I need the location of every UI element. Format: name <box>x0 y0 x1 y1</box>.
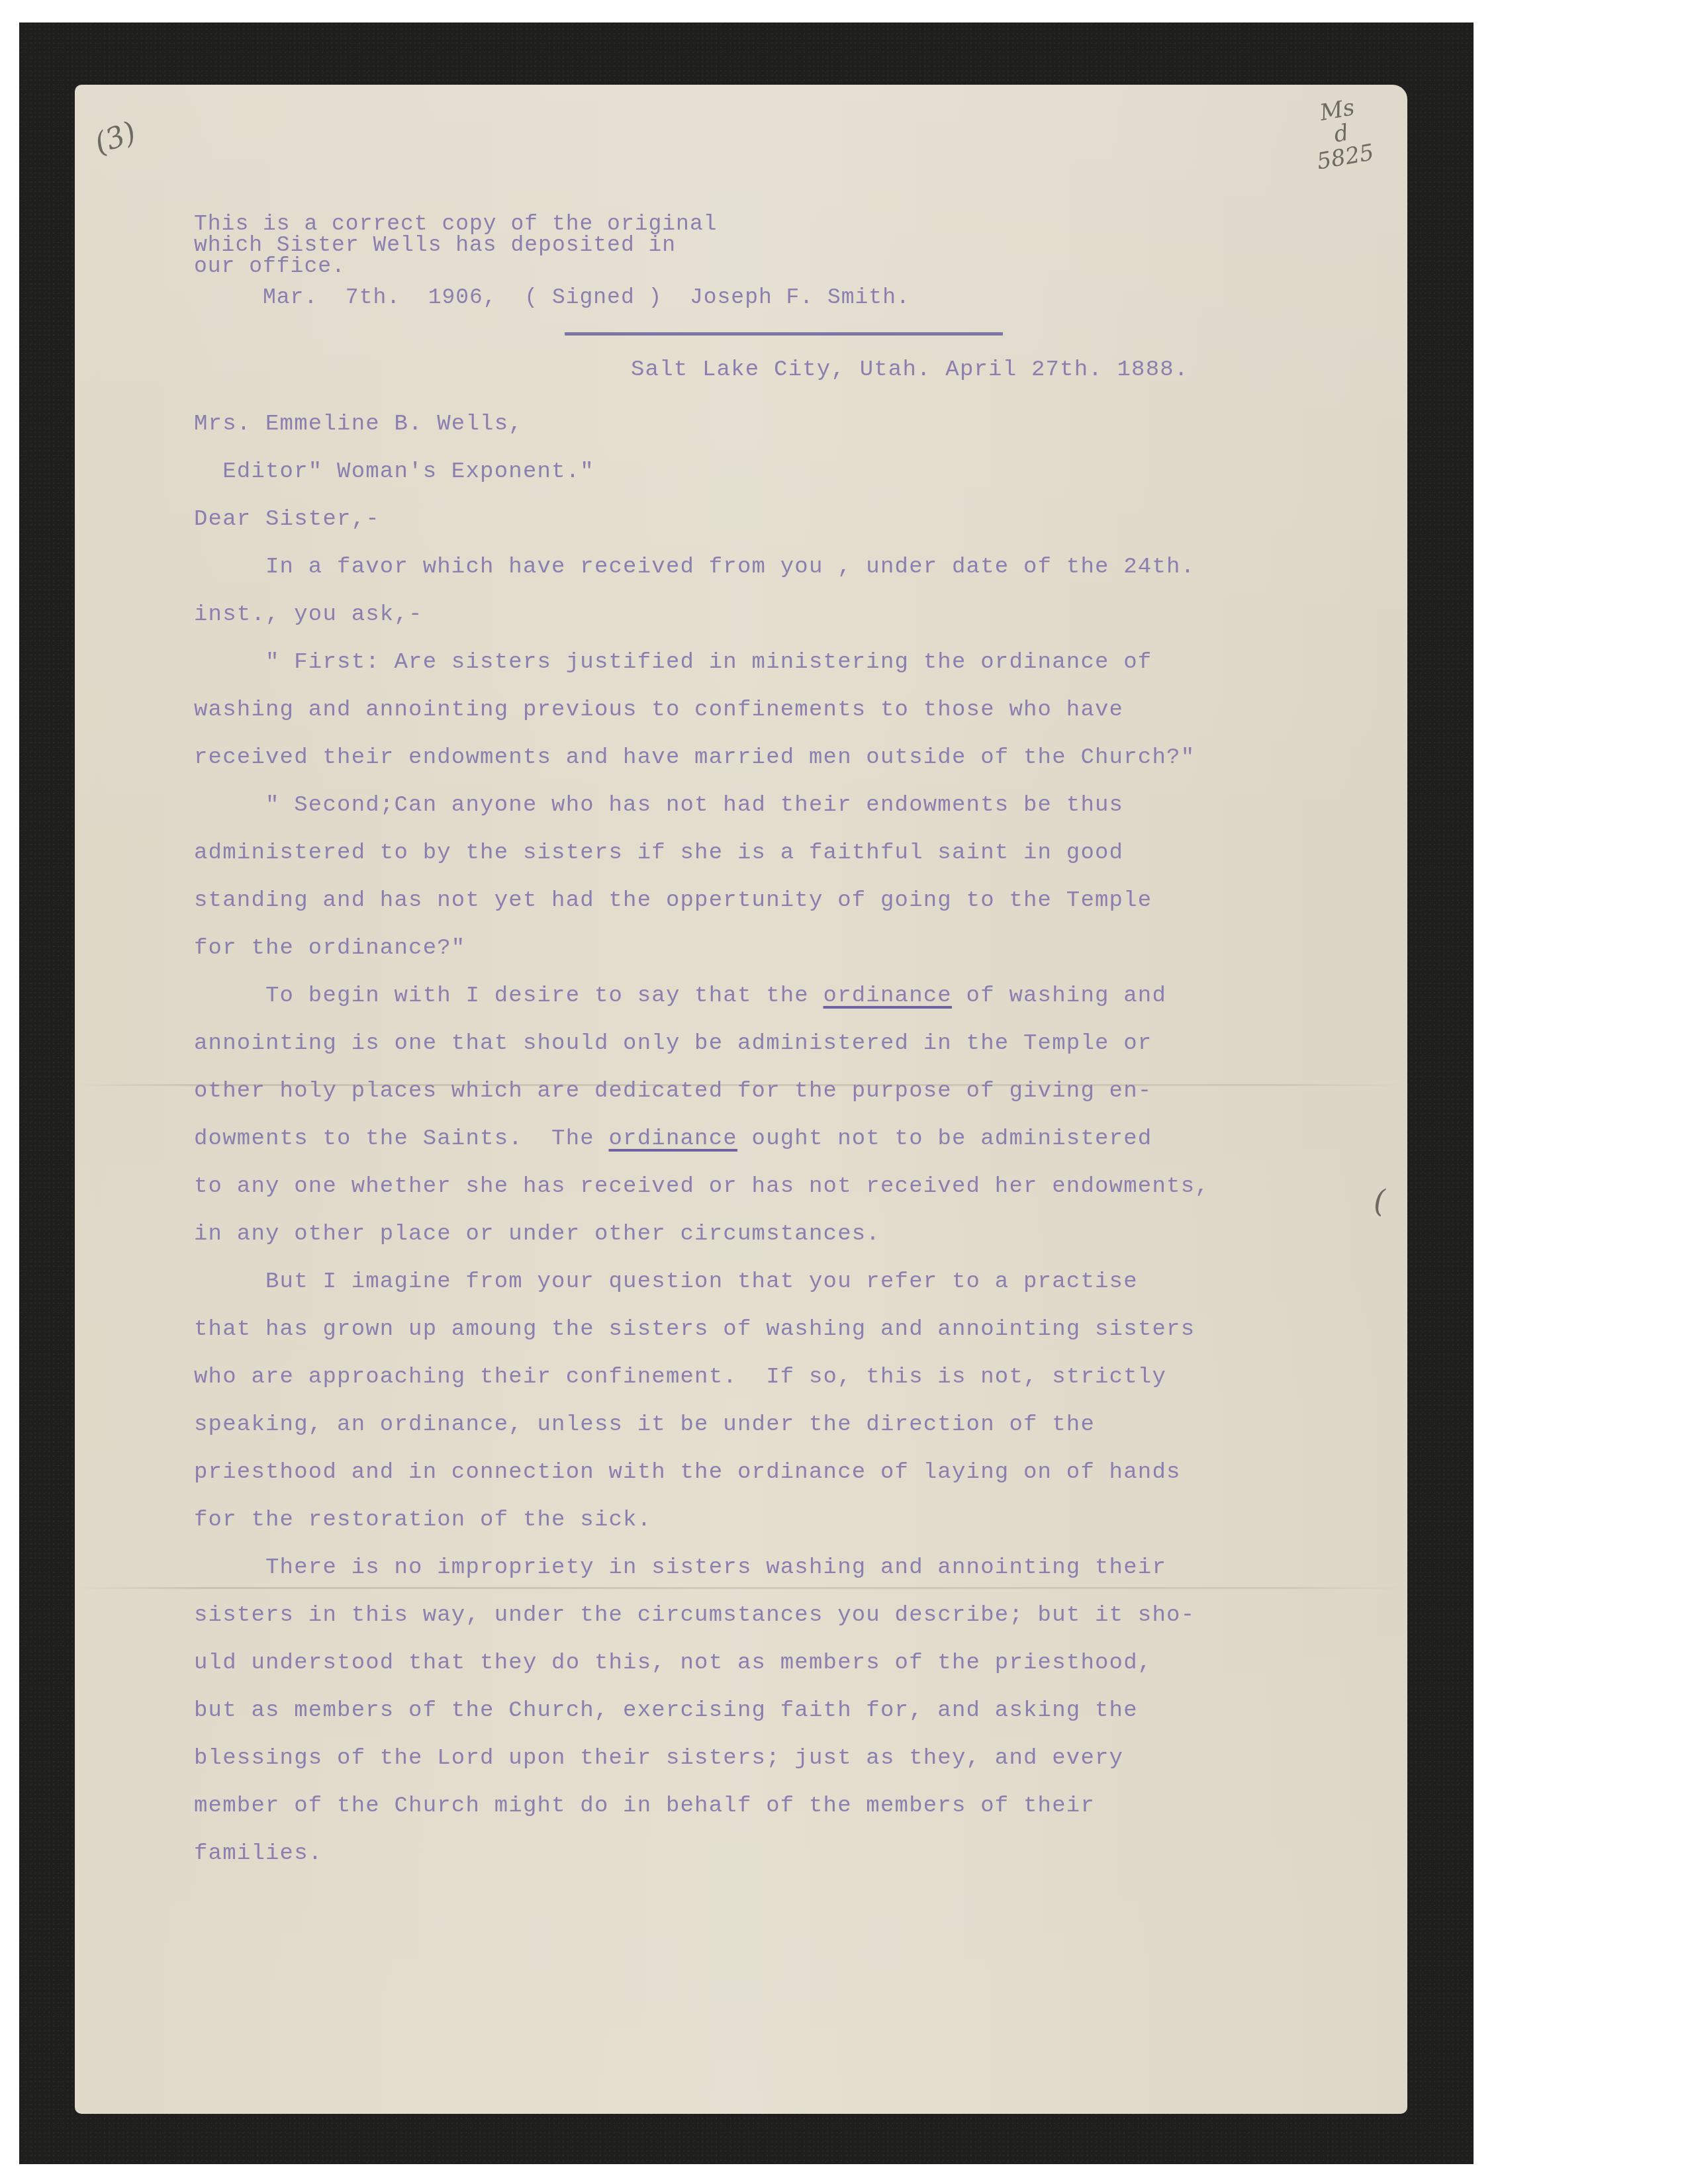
separator-rule <box>565 332 1003 336</box>
body-line: for the ordinance?" <box>194 936 465 961</box>
salutation: Dear Sister,- <box>194 507 380 532</box>
body-line: that has grown up amoung the sisters of … <box>194 1317 1195 1342</box>
body-line: In a favor which have received from you … <box>194 555 1195 580</box>
body-line: " First: Are sisters justified in minist… <box>194 650 1152 675</box>
body-line: priesthood and in connection with the or… <box>194 1460 1181 1485</box>
body-line: blessings of the Lord upon their sisters… <box>194 1746 1123 1771</box>
handwritten-page-number: (3) <box>90 115 140 161</box>
body-line: inst., you ask,- <box>194 602 423 627</box>
body-line: in any other place or under other circum… <box>194 1222 880 1247</box>
certification-signature: Mar. 7th. 1906, ( Signed ) Joseph F. Smi… <box>194 285 910 310</box>
manuscript-call-number: Ms d 5825 <box>1307 93 1376 173</box>
body-line: uld understood that they do this, not as… <box>194 1651 1152 1676</box>
certification-line: our office. <box>194 254 346 279</box>
underlined-word: ordinance <box>823 983 952 1009</box>
body-line: There is no impropriety in sisters washi… <box>194 1555 1166 1580</box>
body-line: " Second;Can anyone who has not had thei… <box>194 793 1123 818</box>
body-text: ought not to be administered <box>737 1126 1152 1152</box>
body-line: for the restoration of the sick. <box>194 1508 651 1533</box>
body-line: To begin with I desire to say that the o… <box>194 983 1166 1009</box>
body-text: of washing and <box>952 983 1166 1009</box>
body-line: other holy places which are dedicated fo… <box>194 1079 1152 1104</box>
underlined-word: ordinance <box>609 1126 737 1152</box>
body-line: But I imagine from your question that yo… <box>194 1269 1138 1295</box>
body-line: speaking, an ordinance, unless it be und… <box>194 1412 1095 1437</box>
body-line: families. <box>194 1841 322 1866</box>
recipient-name: Mrs. Emmeline B. Wells, <box>194 412 523 437</box>
body-line: standing and has not yet had the oppertu… <box>194 888 1152 913</box>
body-line: to any one whether she has received or h… <box>194 1174 1209 1199</box>
body-line: dowments to the Saints. The ordinance ou… <box>194 1126 1152 1152</box>
paper-fold-line <box>75 1587 1407 1589</box>
body-text: dowments to the Saints. The <box>194 1126 609 1152</box>
letter-dateline: Salt Lake City, Utah. April 27th. 1888. <box>631 357 1189 383</box>
body-text: To begin with I desire to say that the <box>194 983 823 1009</box>
body-line: annointing is one that should only be ad… <box>194 1031 1152 1056</box>
recipient-title: Editor" Woman's Exponent." <box>194 459 594 484</box>
body-line: received their endowments and have marri… <box>194 745 1195 770</box>
handwritten-margin-mark: ( <box>1374 1183 1385 1219</box>
document-page: (3) Ms d 5825 ( This is a correct copy o… <box>75 85 1407 2114</box>
body-line: washing and annointing previous to confi… <box>194 698 1123 723</box>
body-line: administered to by the sisters if she is… <box>194 841 1123 866</box>
body-line: who are approaching their confinement. I… <box>194 1365 1166 1390</box>
body-line: sisters in this way, under the circumsta… <box>194 1603 1195 1628</box>
body-line: member of the Church might do in behalf … <box>194 1794 1095 1819</box>
body-line: but as members of the Church, exercising… <box>194 1698 1138 1723</box>
